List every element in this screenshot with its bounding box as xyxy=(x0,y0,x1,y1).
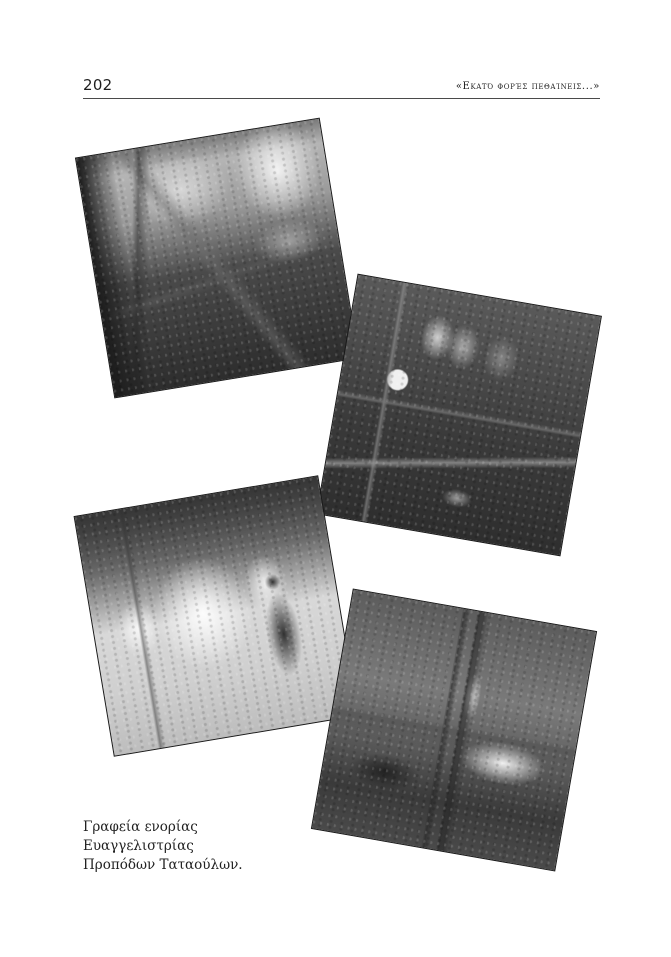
photo-caption: Γραφεία ενορίας Ευαγγελιστρίας Προπόδων … xyxy=(83,818,243,875)
caption-line-3: Προπόδων Ταταούλων. xyxy=(83,856,243,875)
book-page: 202 «Εκατό φορές πεθαίνεις...» Γραφεία ε… xyxy=(0,0,671,957)
photo-1 xyxy=(75,118,359,399)
running-title: «Εκατό φορές πεθαίνεις...» xyxy=(456,81,600,92)
page-header: 202 «Εκατό φορές πεθαίνεις...» xyxy=(83,76,600,98)
photo-2 xyxy=(316,274,602,557)
header-rule xyxy=(83,98,600,99)
caption-line-1: Γραφεία ενορίας xyxy=(83,818,243,837)
photo-3 xyxy=(74,475,359,757)
photo-4 xyxy=(311,588,597,871)
page-number: 202 xyxy=(83,76,113,94)
caption-line-2: Ευαγγελιστρίας xyxy=(83,837,243,856)
